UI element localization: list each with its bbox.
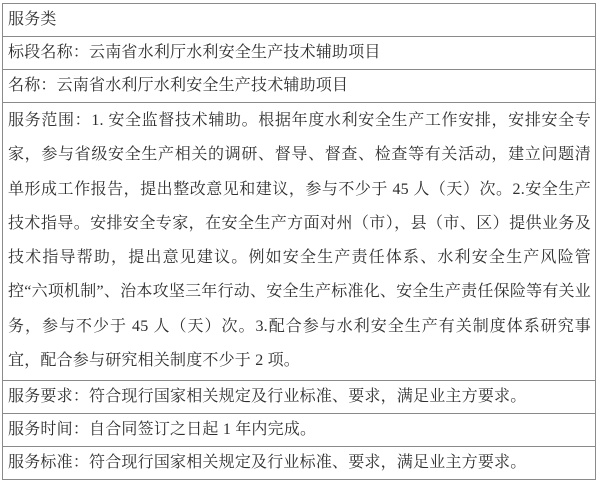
- table-row-lot-name: 标段名称：云南省水利厅水利安全生产技术辅助项目: [3, 37, 595, 70]
- row-colon: ：: [75, 112, 92, 129]
- row-colon: ：: [40, 77, 56, 94]
- row-label: 服务时间: [8, 421, 73, 438]
- row-colon: ：: [73, 44, 89, 61]
- row-value: 1. 安全监督技术辅助。根据年度水利安全生产工作安排，安排安全专家，参与省级安全…: [8, 112, 591, 369]
- table-row-service-standard: 服务标准：符合现行国家相关规定及行业标准、要求，满足业主方要求。: [3, 447, 595, 479]
- row-colon: ：: [73, 421, 89, 438]
- row-label: 服务要求: [8, 388, 73, 405]
- table-row-service-requirements: 服务要求：符合现行国家相关规定及行业标准、要求，满足业主方要求。: [3, 381, 595, 414]
- row-value: 自合同签订之日起 1 年内完成。: [89, 421, 316, 438]
- row-label: 服务类: [8, 11, 57, 28]
- table-row-service-time: 服务时间：自合同签订之日起 1 年内完成。: [3, 414, 595, 447]
- row-value: 符合现行国家相关规定及行业标准、要求，满足业主方要求。: [89, 454, 526, 471]
- row-value: 符合现行国家相关规定及行业标准、要求，满足业主方要求。: [89, 388, 526, 405]
- table-row-service-scope: 服务范围：1. 安全监督技术辅助。根据年度水利安全生产工作安排，安排安全专家，参…: [3, 103, 595, 381]
- row-label: 服务范围: [8, 112, 75, 129]
- table-row-service-category: 服务类: [3, 4, 595, 37]
- row-label: 服务标准: [8, 454, 73, 471]
- row-label: 名称: [8, 77, 40, 94]
- row-colon: ：: [73, 454, 89, 471]
- row-value: 云南省水利厅水利安全生产技术辅助项目: [89, 44, 381, 61]
- service-info-table: 服务类 标段名称：云南省水利厅水利安全生产技术辅助项目 名称：云南省水利厅水利安…: [2, 3, 596, 480]
- table-row-name: 名称：云南省水利厅水利安全生产技术辅助项目: [3, 70, 595, 103]
- row-value: 云南省水利厅水利安全生产技术辅助项目: [57, 77, 349, 94]
- row-colon: ：: [73, 388, 89, 405]
- row-label: 标段名称: [8, 44, 73, 61]
